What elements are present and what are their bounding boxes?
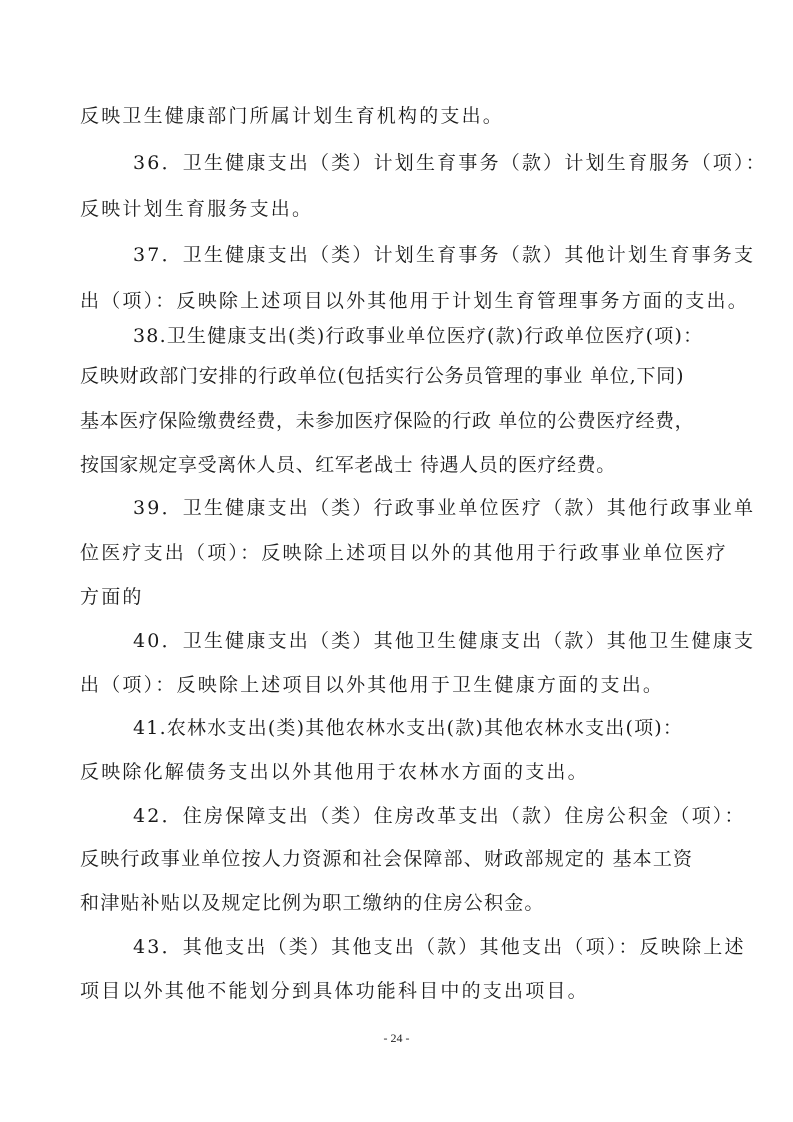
text-line: 方面的 [80, 585, 720, 609]
item-41-heading: 41.农林水支出(类)其他农林水支出(款)其他农林水支出(项)： [133, 716, 723, 740]
text-line: 反映行政事业单位按人力资源和社会保障部、财政部规定的 基本工资 [80, 847, 720, 871]
text-line: 反映除化解债务支出以外其他用于农林水方面的支出。 [80, 760, 720, 784]
text-line: 位医疗支出（项）：反映除上述项目以外的其他用于行政事业单位医疗 [80, 541, 720, 565]
item-43-heading: 43．其他支出（类）其他支出（款）其他支出（项）：反映除上述 [133, 935, 723, 959]
document-page: 反映卫生健康部门所属计划生育机构的支出。 36．卫生健康支出（类）计划生育事务（… [0, 0, 793, 1122]
page-number: - 24 - [0, 1031, 793, 1046]
text-line: 按国家规定享受离休人员、红军老战士 待遇人员的医疗经费。 [80, 453, 720, 477]
text-line: 反映财政部门安排的行政单位(包括实行公务员管理的事业 单位,下同) [80, 364, 720, 388]
text-line: 出（项）：反映除上述项目以外其他用于计划生育管理事务方面的支出。 [80, 289, 720, 313]
item-42-heading: 42．住房保障支出（类）住房改革支出（款）住房公积金（项）： [133, 804, 723, 828]
text-line: 基本医疗保险缴费经费，未参加医疗保险的行政 单位的公费医疗经费， [80, 409, 720, 433]
item-36-heading: 36．卫生健康支出（类）计划生育事务（款）计划生育服务（项）： [133, 151, 723, 175]
text-line: 和津贴补贴以及规定比例为职工缴纳的住房公积金。 [80, 891, 720, 915]
text-line: 出（项）：反映除上述项目以外其他用于卫生健康方面的支出。 [80, 673, 720, 697]
text-line: 反映计划生育服务支出。 [80, 197, 720, 221]
item-39-heading: 39．卫生健康支出（类）行政事业单位医疗（款）其他行政事业单 [133, 496, 723, 520]
text-line: 反映卫生健康部门所属计划生育机构的支出。 [80, 104, 720, 128]
item-38-heading: 38.卫生健康支出(类)行政事业单位医疗(款)行政单位医疗(项)： [133, 324, 723, 348]
item-37-heading: 37．卫生健康支出（类）计划生育事务（款）其他计划生育事务支 [133, 243, 723, 267]
text-line: 项目以外其他不能划分到具体功能科目中的支出项目。 [80, 979, 720, 1003]
item-40-heading: 40．卫生健康支出（类）其他卫生健康支出（款）其他卫生健康支 [133, 629, 723, 653]
